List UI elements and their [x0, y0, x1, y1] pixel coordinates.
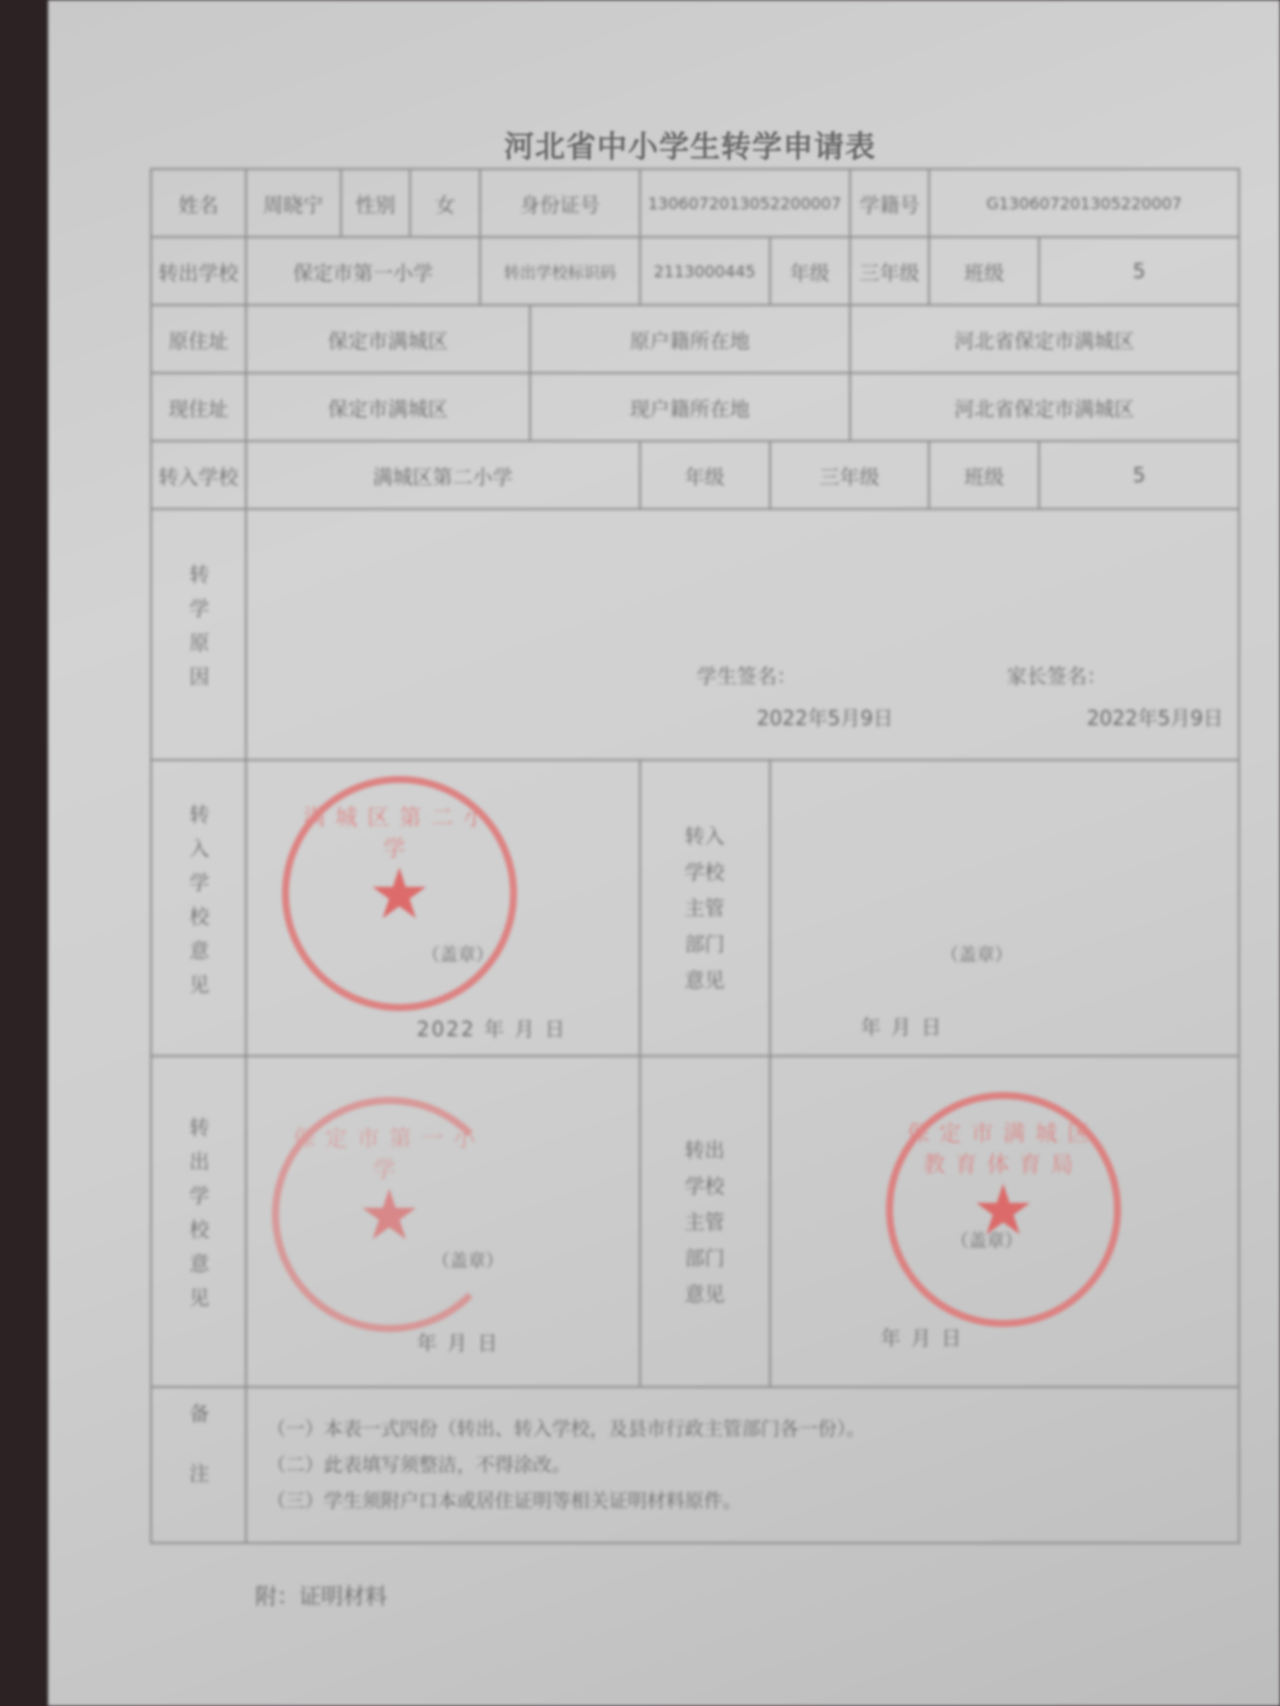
id-value: 1306072013052200007 [640, 169, 850, 237]
gender-value: 女 [410, 169, 480, 237]
attachment-note: 附：证明材料 [255, 1580, 387, 1611]
in-school-opinion-cell: 满城区第二小学 ★ （盖章） 2022 年 月 日 [246, 760, 640, 1056]
out-school-date: 年 月 日 [417, 1327, 500, 1356]
out-dept-seal: （盖章） [951, 1227, 1023, 1253]
reason-label: 转学原因 [184, 564, 213, 700]
row-current-address: 现住址 保定市满城区 现户籍所在地 河北省保定市满城区 [151, 373, 1239, 441]
in-school-date: 2022 年 月 日 [417, 1013, 567, 1042]
name-value: 周晓宁 [246, 169, 341, 237]
row-transfer-in: 转入学校 满城区第二小学 年级 三年级 班级 5 [151, 441, 1239, 509]
out-class-label: 班级 [929, 237, 1039, 305]
registered-addr-value: 河北省保定市满城区 [850, 305, 1239, 373]
name-label: 姓名 [151, 169, 246, 237]
reason-content: 学生签名： 2022年5月9日 家长签名： 2022年5月9日 [246, 509, 1239, 760]
registered-label: 原住址 [151, 305, 246, 373]
notes-content: （一）本表一式四份（转出、转入学校，及县市行政主管部门各一份）。 （二）此表填写… [246, 1387, 1239, 1543]
id-label: 身份证号 [480, 169, 639, 237]
current-label: 现住址 [151, 373, 246, 441]
out-school-stamp: 保定市第一小学 ★ [272, 1097, 507, 1332]
in-grade-label: 年级 [640, 441, 770, 509]
in-school-seal: （盖章） [422, 941, 494, 967]
out-code-label: 转出学校标识码 [480, 237, 639, 305]
out-school-opinion-label: 转出学校意见 [184, 1117, 213, 1321]
row-notes: 备注 （一）本表一式四份（转出、转入学校，及县市行政主管部门各一份）。 （二）此… [151, 1387, 1239, 1543]
in-school-value: 满城区第二小学 [246, 441, 640, 509]
in-class-label: 班级 [929, 441, 1039, 509]
out-dept-opinion-label: 转出学校主管部门意见 [685, 1132, 725, 1312]
parent-signature-label: 家长签名： [1007, 660, 1107, 689]
in-dept-date: 年 月 日 [861, 1011, 944, 1040]
out-grade-label: 年级 [770, 237, 850, 305]
note-item: （二）此表填写须整洁，不得涂改。 [267, 1447, 1234, 1483]
in-dept-seal: （盖章） [941, 941, 1013, 967]
student-signature-label: 学生签名： [697, 660, 797, 689]
in-dept-opinion-cell: （盖章） 年 月 日 [770, 760, 1239, 1056]
out-school-seal: （盖章） [432, 1247, 504, 1273]
out-school-opinion-cell: 保定市第一小学 ★ （盖章） 年 月 日 [246, 1056, 640, 1387]
out-dept-stamp: 保定市满城区教育体育局 ★ [886, 1092, 1121, 1327]
out-dept-date: 年 月 日 [881, 1322, 964, 1351]
row-transfer-out-approval: 转出学校意见 保定市第一小学 ★ （盖章） 年 月 日 转出学校主管部门意见 保… [151, 1056, 1239, 1387]
current-addr-label: 现户籍所在地 [530, 373, 850, 441]
registered-addr-label: 原户籍所在地 [530, 305, 850, 373]
student-signature-date: 2022年5月9日 [757, 702, 893, 731]
out-dept-opinion-cell: 保定市满城区教育体育局 ★ （盖章） 年 月 日 [770, 1056, 1239, 1387]
in-class-value: 5 [1039, 441, 1239, 509]
out-school-value: 保定市第一小学 [246, 237, 480, 305]
in-grade-value: 三年级 [770, 441, 930, 509]
row-reason: 转学原因 学生签名： 2022年5月9日 家长签名： 2022年5月9日 [151, 509, 1239, 760]
in-school-label: 转入学校 [151, 441, 246, 509]
out-grade-value: 三年级 [850, 237, 930, 305]
transfer-form-table: 姓名 周晓宁 性别 女 身份证号 1306072013052200007 学籍号… [150, 168, 1240, 1544]
star-icon: ★ [358, 1180, 421, 1250]
out-code-value: 2113000445 [640, 237, 770, 305]
current-addr-value: 河北省保定市满城区 [850, 373, 1239, 441]
notes-label: 备注 [184, 1403, 213, 1523]
star-icon: ★ [368, 859, 431, 929]
note-item: （三）学生须附户口本或居住证明等相关证明材料原件。 [267, 1483, 1234, 1519]
row-student-info: 姓名 周晓宁 性别 女 身份证号 1306072013052200007 学籍号… [151, 169, 1239, 237]
student-no-label: 学籍号 [850, 169, 930, 237]
in-dept-opinion-label: 转入学校主管部门意见 [685, 818, 725, 998]
gender-label: 性别 [341, 169, 411, 237]
current-value: 保定市满城区 [246, 373, 530, 441]
registered-value: 保定市满城区 [246, 305, 530, 373]
note-item: （一）本表一式四份（转出、转入学校，及县市行政主管部门各一份）。 [267, 1411, 1234, 1447]
row-registered-address: 原住址 保定市满城区 原户籍所在地 河北省保定市满城区 [151, 305, 1239, 373]
out-class-value: 5 [1039, 237, 1239, 305]
document-title: 河北省中小学生转学申请表 [450, 122, 930, 166]
row-transfer-in-approval: 转入学校意见 满城区第二小学 ★ （盖章） 2022 年 月 日 转入学校主管部… [151, 760, 1239, 1056]
row-transfer-out: 转出学校 保定市第一小学 转出学校标识码 2113000445 年级 三年级 班… [151, 237, 1239, 305]
out-school-label: 转出学校 [151, 237, 246, 305]
parent-signature-date: 2022年5月9日 [1087, 702, 1223, 731]
in-school-stamp: 满城区第二小学 ★ [282, 776, 517, 1011]
in-school-opinion-label: 转入学校意见 [184, 804, 213, 1008]
student-no-value: G130607201305220007 [929, 169, 1239, 237]
